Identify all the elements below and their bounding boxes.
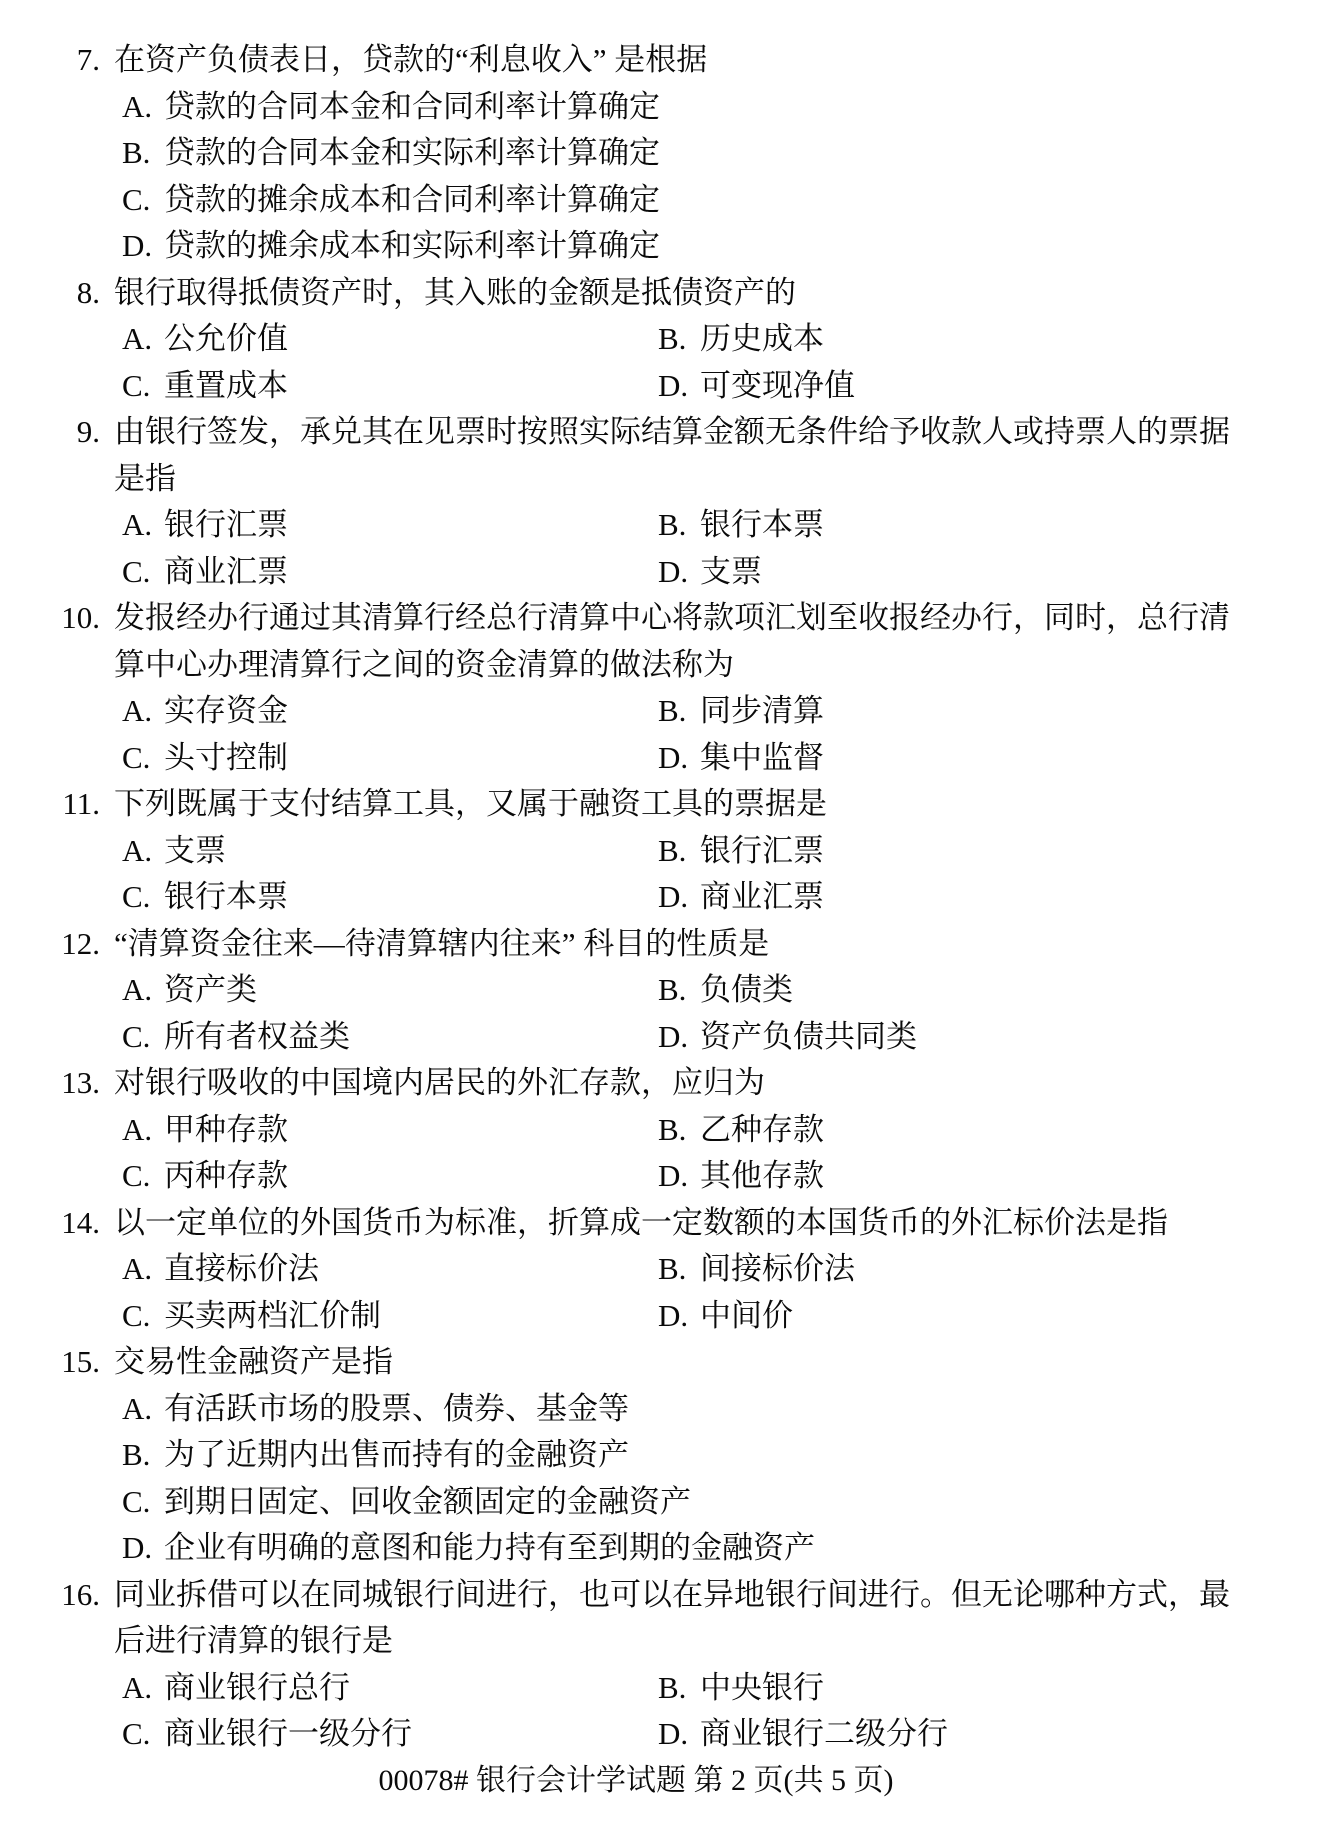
option-row: B.贷款的合同本金和实际利率计算确定 [0, 130, 1328, 177]
option-letter: D. [658, 1711, 700, 1758]
option-B: B.中央银行 [658, 1670, 824, 1705]
option-text: 为了近期内出售而持有的金融资产 [164, 1437, 629, 1472]
option-letter: C. [122, 874, 164, 921]
option-letter: C. [122, 549, 164, 596]
question-stem-text: 是指 [114, 461, 176, 496]
option-text: 支票 [164, 833, 226, 868]
option-text: 同步清算 [700, 693, 824, 728]
option-C: C.商业银行一级分行 [122, 1711, 658, 1758]
option-row: A.直接标价法B.间接标价法 [0, 1246, 1328, 1293]
option-text: 间接标价法 [700, 1251, 855, 1286]
option-text: 资产负债共同类 [700, 1019, 917, 1054]
option-row: C.头寸控制D.集中监督 [0, 735, 1328, 782]
question-stem-line: 15.交易性金融资产是指 [0, 1339, 1328, 1386]
option-row: A.资产类B.负债类 [0, 967, 1328, 1014]
option-text: 银行本票 [700, 507, 824, 542]
option-text: 历史成本 [700, 321, 824, 356]
option-letter: B. [122, 130, 164, 177]
option-letter: A. [122, 967, 164, 1014]
question-11: 11.下列既属于支付结算工具，又属于融资工具的票据是 A.支票B.银行汇票 C.… [0, 781, 1328, 921]
option-row: D.企业有明确的意图和能力持有至到期的金融资产 [0, 1525, 1328, 1572]
option-text: 负债类 [700, 972, 793, 1007]
option-D: D.中间价 [658, 1298, 793, 1333]
option-text: 买卖两档汇价制 [164, 1298, 381, 1333]
option-B: B.乙种存款 [658, 1112, 824, 1147]
option-letter: B. [658, 688, 700, 735]
option-B: B.间接标价法 [658, 1251, 855, 1286]
question-9: 9.由银行签发，承兑其在见票时按照实际结算金额无条件给予收款人或持票人的票据 是… [0, 409, 1328, 595]
option-row: A.实存资金B.同步清算 [0, 688, 1328, 735]
option-text: 到期日固定、回收金额固定的金融资产 [164, 1484, 691, 1519]
option-letter: A. [122, 316, 164, 363]
option-C: C.所有者权益类 [122, 1014, 658, 1061]
option-text: 资产类 [164, 972, 257, 1007]
option-D: D.集中监督 [658, 740, 824, 775]
option-A: A.有活跃市场的股票、债券、基金等 [122, 1391, 629, 1426]
question-stem-text: 银行取得抵债资产时，其入账的金额是抵债资产的 [114, 275, 796, 310]
option-letter: B. [658, 1665, 700, 1712]
option-B: B.为了近期内出售而持有的金融资产 [122, 1437, 629, 1472]
question-stem-line: 14.以一定单位的外国货币为标准，折算成一定数额的本国货币的外汇标价法是指 [0, 1200, 1328, 1247]
option-text: 其他存款 [700, 1158, 824, 1193]
option-B: B.贷款的合同本金和实际利率计算确定 [122, 135, 660, 170]
option-text: 银行汇票 [700, 833, 824, 868]
option-letter: D. [122, 223, 164, 270]
option-text: 中间价 [700, 1298, 793, 1333]
option-letter: C. [122, 1153, 164, 1200]
option-row: A.银行汇票B.银行本票 [0, 502, 1328, 549]
option-text: 乙种存款 [700, 1112, 824, 1147]
option-text: 商业银行二级分行 [700, 1716, 948, 1751]
question-stem-text: 下列既属于支付结算工具，又属于融资工具的票据是 [114, 786, 827, 821]
question-stem-line: 16.同业拆借可以在同城银行间进行，也可以在异地银行间进行。但无论哪种方式，最 [0, 1572, 1328, 1619]
question-7: 7.在资产负债表日，贷款的“利息收入” 是根据 A.贷款的合同本金和合同利率计算… [0, 37, 1328, 270]
option-letter: A. [122, 502, 164, 549]
option-letter: D. [658, 874, 700, 921]
option-letter: D. [658, 363, 700, 410]
option-D: D.资产负债共同类 [658, 1019, 917, 1054]
question-number: 11. [0, 781, 100, 828]
question-13: 13.对银行吸收的中国境内居民的外汇存款，应归为 A.甲种存款B.乙种存款 C.… [0, 1060, 1328, 1200]
option-letter: C. [122, 735, 164, 782]
option-text: 丙种存款 [164, 1158, 288, 1193]
question-stem-line: 10.发报经办行通过其清算行经总行清算中心将款项汇划至收报经办行，同时，总行清 [0, 595, 1328, 642]
option-B: B.同步清算 [658, 693, 824, 728]
option-letter: B. [122, 1432, 164, 1479]
option-text: 贷款的摊余成本和实际利率计算确定 [164, 228, 660, 263]
option-D: D.贷款的摊余成本和实际利率计算确定 [122, 228, 660, 263]
option-C: C.重置成本 [122, 363, 658, 410]
option-letter: B. [658, 1107, 700, 1154]
question-8: 8.银行取得抵债资产时，其入账的金额是抵债资产的 A.公允价值B.历史成本 C.… [0, 270, 1328, 410]
option-A: A.实存资金 [122, 688, 658, 735]
option-text: 银行汇票 [164, 507, 288, 542]
option-D: D.其他存款 [658, 1158, 824, 1193]
option-text: 集中监督 [700, 740, 824, 775]
option-letter: D. [658, 735, 700, 782]
question-12: 12.“清算资金往来—待清算辖内往来” 科目的性质是 A.资产类B.负债类 C.… [0, 921, 1328, 1061]
question-number: 7. [0, 37, 100, 84]
option-text: 甲种存款 [164, 1112, 288, 1147]
question-stem-line: 13.对银行吸收的中国境内居民的外汇存款，应归为 [0, 1060, 1328, 1107]
question-stem-continuation: 算中心办理清算行之间的资金清算的做法称为 [0, 642, 1328, 689]
question-number: 13. [0, 1060, 100, 1107]
option-row: C.所有者权益类D.资产负债共同类 [0, 1014, 1328, 1061]
exam-page: 7.在资产负债表日，贷款的“利息收入” 是根据 A.贷款的合同本金和合同利率计算… [0, 0, 1328, 1829]
page-footer: 00078# 银行会计学试题 第 2 页(共 5 页) [0, 1758, 1300, 1805]
option-C: C.头寸控制 [122, 735, 658, 782]
option-letter: A. [122, 688, 164, 735]
option-C: C.丙种存款 [122, 1153, 658, 1200]
option-A: A.甲种存款 [122, 1107, 658, 1154]
option-row: C.丙种存款D.其他存款 [0, 1153, 1328, 1200]
option-text: 商业汇票 [164, 554, 288, 589]
option-A: A.公允价值 [122, 316, 658, 363]
option-B: B.银行本票 [658, 507, 824, 542]
option-D: D.可变现净值 [658, 368, 855, 403]
option-row: C.贷款的摊余成本和合同利率计算确定 [0, 177, 1328, 224]
option-C: C.商业汇票 [122, 549, 658, 596]
option-C: C.到期日固定、回收金额固定的金融资产 [122, 1484, 691, 1519]
option-text: 企业有明确的意图和能力持有至到期的金融资产 [164, 1530, 815, 1565]
option-row: A.商业银行总行B.中央银行 [0, 1665, 1328, 1712]
option-letter: A. [122, 828, 164, 875]
option-A: A.资产类 [122, 967, 658, 1014]
option-row: A.支票B.银行汇票 [0, 828, 1328, 875]
option-letter: C. [122, 1014, 164, 1061]
option-A: A.商业银行总行 [122, 1665, 658, 1712]
option-text: 商业汇票 [700, 879, 824, 914]
option-letter: C. [122, 1479, 164, 1526]
option-letter: B. [658, 828, 700, 875]
option-row: C.商业银行一级分行D.商业银行二级分行 [0, 1711, 1328, 1758]
option-row: B.为了近期内出售而持有的金融资产 [0, 1432, 1328, 1479]
option-A: A.贷款的合同本金和合同利率计算确定 [122, 89, 660, 124]
option-text: 重置成本 [164, 368, 288, 403]
question-number: 14. [0, 1200, 100, 1247]
question-number: 10. [0, 595, 100, 642]
option-letter: C. [122, 177, 164, 224]
option-letter: A. [122, 1386, 164, 1433]
option-row: C.银行本票D.商业汇票 [0, 874, 1328, 921]
option-row: C.买卖两档汇价制D.中间价 [0, 1293, 1328, 1340]
option-row: C.到期日固定、回收金额固定的金融资产 [0, 1479, 1328, 1526]
question-stem-text: 后进行清算的银行是 [114, 1623, 393, 1658]
option-letter: C. [122, 1293, 164, 1340]
option-text: 贷款的合同本金和合同利率计算确定 [164, 89, 660, 124]
option-letter: D. [658, 549, 700, 596]
question-stem-text: 发报经办行通过其清算行经总行清算中心将款项汇划至收报经办行，同时，总行清 [114, 600, 1230, 635]
option-D: D.支票 [658, 554, 762, 589]
option-letter: B. [658, 1246, 700, 1293]
question-stem-text: 同业拆借可以在同城银行间进行，也可以在异地银行间进行。但无论哪种方式，最 [114, 1577, 1230, 1612]
question-stem-text: 交易性金融资产是指 [114, 1344, 393, 1379]
option-row: C.重置成本D.可变现净值 [0, 363, 1328, 410]
option-letter: D. [122, 1525, 164, 1572]
question-stem-text: 以一定单位的外国货币为标准，折算成一定数额的本国货币的外汇标价法是指 [114, 1205, 1168, 1240]
option-D: D.企业有明确的意图和能力持有至到期的金融资产 [122, 1530, 815, 1565]
question-stem-text: 由银行签发，承兑其在见票时按照实际结算金额无条件给予收款人或持票人的票据 [114, 414, 1230, 449]
option-C: C.贷款的摊余成本和合同利率计算确定 [122, 182, 660, 217]
question-stem-continuation: 后进行清算的银行是 [0, 1618, 1328, 1665]
option-letter: B. [658, 316, 700, 363]
option-text: 直接标价法 [164, 1251, 319, 1286]
option-text: 公允价值 [164, 321, 288, 356]
option-text: 实存资金 [164, 693, 288, 728]
option-letter: A. [122, 84, 164, 131]
option-B: B.负债类 [658, 972, 793, 1007]
option-letter: B. [658, 967, 700, 1014]
option-row: C.商业汇票D.支票 [0, 549, 1328, 596]
option-letter: A. [122, 1246, 164, 1293]
option-A: A.支票 [122, 828, 658, 875]
question-14: 14.以一定单位的外国货币为标准，折算成一定数额的本国货币的外汇标价法是指 A.… [0, 1200, 1328, 1340]
option-B: B.历史成本 [658, 321, 824, 356]
question-number: 12. [0, 921, 100, 968]
option-letter: B. [658, 502, 700, 549]
question-stem-line: 9.由银行签发，承兑其在见票时按照实际结算金额无条件给予收款人或持票人的票据 [0, 409, 1328, 456]
page-content: 7.在资产负债表日，贷款的“利息收入” 是根据 A.贷款的合同本金和合同利率计算… [0, 0, 1328, 1804]
option-text: 中央银行 [700, 1670, 824, 1705]
option-row: A.甲种存款B.乙种存款 [0, 1107, 1328, 1154]
question-stem-line: 12.“清算资金往来—待清算辖内往来” 科目的性质是 [0, 921, 1328, 968]
option-text: 有活跃市场的股票、债券、基金等 [164, 1391, 629, 1426]
option-letter: C. [122, 1711, 164, 1758]
option-row: D.贷款的摊余成本和实际利率计算确定 [0, 223, 1328, 270]
option-text: 银行本票 [164, 879, 288, 914]
question-number: 9. [0, 409, 100, 456]
option-row: A.公允价值B.历史成本 [0, 316, 1328, 363]
option-text: 商业银行总行 [164, 1670, 350, 1705]
option-letter: D. [658, 1014, 700, 1061]
option-D: D.商业银行二级分行 [658, 1716, 948, 1751]
question-16: 16.同业拆借可以在同城银行间进行，也可以在异地银行间进行。但无论哪种方式，最 … [0, 1572, 1328, 1758]
option-A: A.银行汇票 [122, 502, 658, 549]
option-letter: D. [658, 1153, 700, 1200]
question-15: 15.交易性金融资产是指 A.有活跃市场的股票、债券、基金等 B.为了近期内出售… [0, 1339, 1328, 1572]
question-number: 16. [0, 1572, 100, 1619]
question-stem-line: 8.银行取得抵债资产时，其入账的金额是抵债资产的 [0, 270, 1328, 317]
question-number: 8. [0, 270, 100, 317]
option-text: 可变现净值 [700, 368, 855, 403]
question-stem-line: 11.下列既属于支付结算工具，又属于融资工具的票据是 [0, 781, 1328, 828]
option-row: A.有活跃市场的股票、债券、基金等 [0, 1386, 1328, 1433]
question-stem-text: 算中心办理清算行之间的资金清算的做法称为 [114, 647, 734, 682]
option-text: 商业银行一级分行 [164, 1716, 412, 1751]
question-stem-text: 在资产负债表日，贷款的“利息收入” 是根据 [114, 42, 707, 77]
option-letter: A. [122, 1107, 164, 1154]
option-row: A.贷款的合同本金和合同利率计算确定 [0, 84, 1328, 131]
question-stem-text: “清算资金往来—待清算辖内往来” 科目的性质是 [114, 926, 769, 961]
option-A: A.直接标价法 [122, 1246, 658, 1293]
option-letter: C. [122, 363, 164, 410]
option-text: 支票 [700, 554, 762, 589]
option-C: C.买卖两档汇价制 [122, 1293, 658, 1340]
option-letter: A. [122, 1665, 164, 1712]
option-text: 所有者权益类 [164, 1019, 350, 1054]
option-C: C.银行本票 [122, 874, 658, 921]
option-letter: D. [658, 1293, 700, 1340]
question-stem-line: 7.在资产负债表日，贷款的“利息收入” 是根据 [0, 37, 1328, 84]
option-B: B.银行汇票 [658, 833, 824, 868]
question-10: 10.发报经办行通过其清算行经总行清算中心将款项汇划至收报经办行，同时，总行清 … [0, 595, 1328, 781]
option-text: 头寸控制 [164, 740, 288, 775]
question-stem-continuation: 是指 [0, 456, 1328, 503]
option-text: 贷款的摊余成本和合同利率计算确定 [164, 182, 660, 217]
option-text: 贷款的合同本金和实际利率计算确定 [164, 135, 660, 170]
option-D: D.商业汇票 [658, 879, 824, 914]
question-stem-text: 对银行吸收的中国境内居民的外汇存款，应归为 [114, 1065, 765, 1100]
question-number: 15. [0, 1339, 100, 1386]
